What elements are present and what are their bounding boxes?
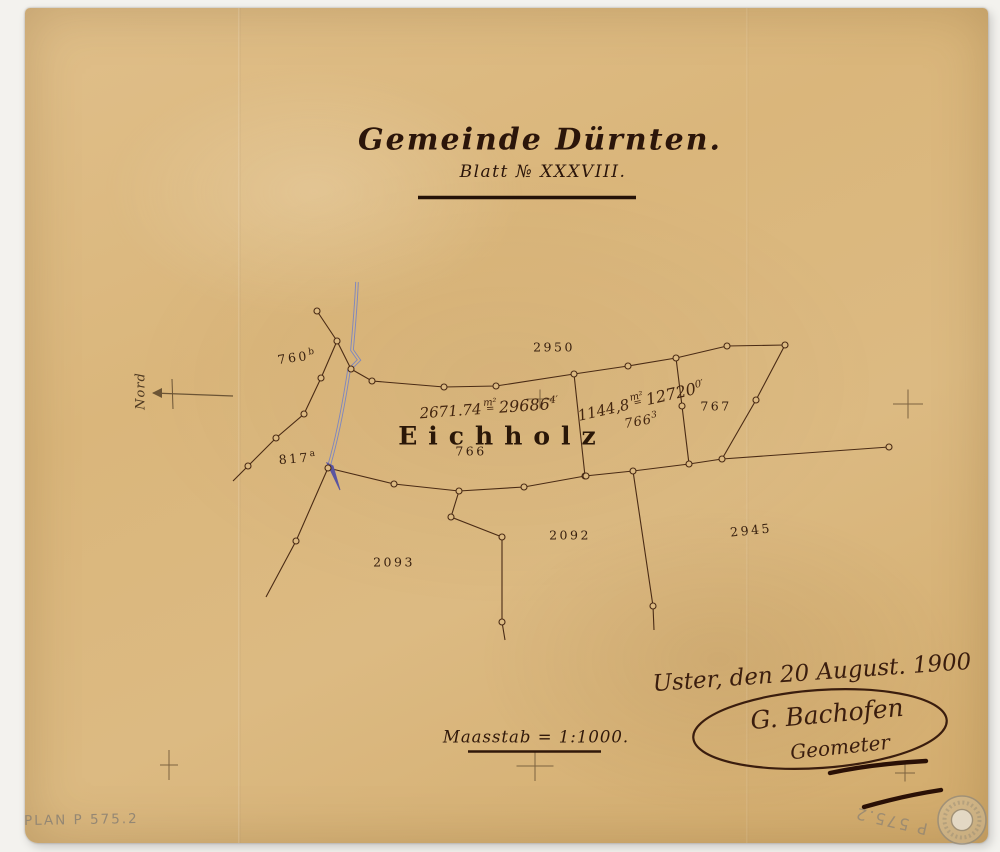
parcel-label-760b: 760b bbox=[277, 347, 316, 367]
date-note: Uster, den 20 August. 1900 bbox=[652, 649, 972, 697]
parcel-label-766: 766 bbox=[455, 444, 486, 459]
scale-label: Maasstab = 1:1000. bbox=[443, 728, 629, 747]
archive-label-rotated: P 575.2 bbox=[853, 803, 930, 838]
parcel-label-2945: 2945 bbox=[729, 520, 772, 539]
parcel-label-767: 767 bbox=[700, 399, 731, 414]
surveyor-role: Geometer bbox=[789, 730, 891, 764]
parcel-label-2950: 2950 bbox=[533, 340, 575, 355]
text-layer: Gemeinde Dürnten. Blatt № XXXVIII. Eichh… bbox=[0, 0, 1000, 852]
area-label-eichholz: Eichholz bbox=[387, 422, 607, 451]
archive-label: PLAN P 575.2 bbox=[24, 811, 139, 829]
north-label: Nord bbox=[134, 372, 149, 410]
plan-subtitle: Blatt № XXXVIII. bbox=[460, 162, 627, 182]
area-measurement: 2671.74m²=296864′ bbox=[419, 394, 559, 423]
parcel-label-817a: 817a bbox=[278, 449, 316, 467]
parcel-label-2092: 2092 bbox=[549, 528, 591, 543]
scanned-plan: Gemeinde Dürnten. Blatt № XXXVIII. Eichh… bbox=[0, 0, 1000, 852]
parcel-label-2093: 2093 bbox=[373, 555, 415, 570]
surveyor-signature: G. Bachofen bbox=[749, 693, 905, 735]
plan-title: Gemeinde Dürnten. bbox=[358, 123, 722, 158]
